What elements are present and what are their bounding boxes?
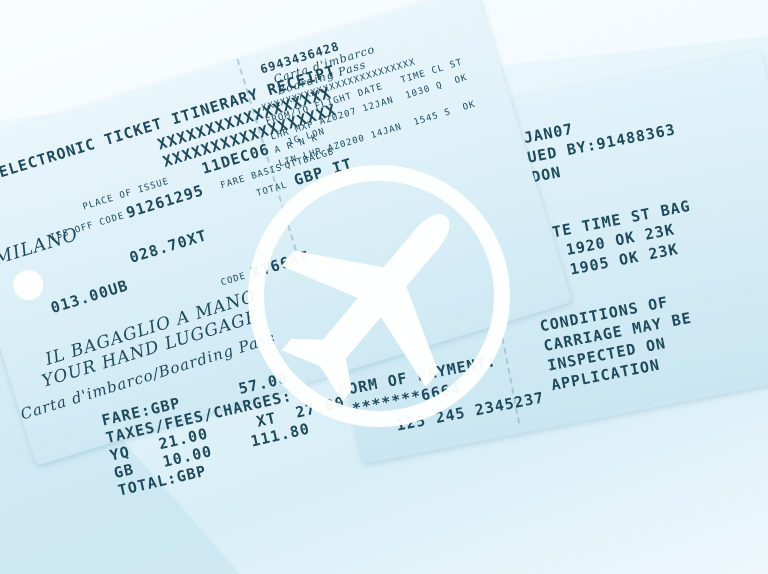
airplane-icon bbox=[255, 172, 503, 420]
code-label: CODE bbox=[220, 271, 247, 288]
amount: 028.70XT bbox=[127, 226, 209, 267]
city: DI MILANO bbox=[0, 224, 81, 278]
amount: 013.00UB bbox=[49, 276, 131, 317]
punch-hole bbox=[10, 266, 47, 303]
